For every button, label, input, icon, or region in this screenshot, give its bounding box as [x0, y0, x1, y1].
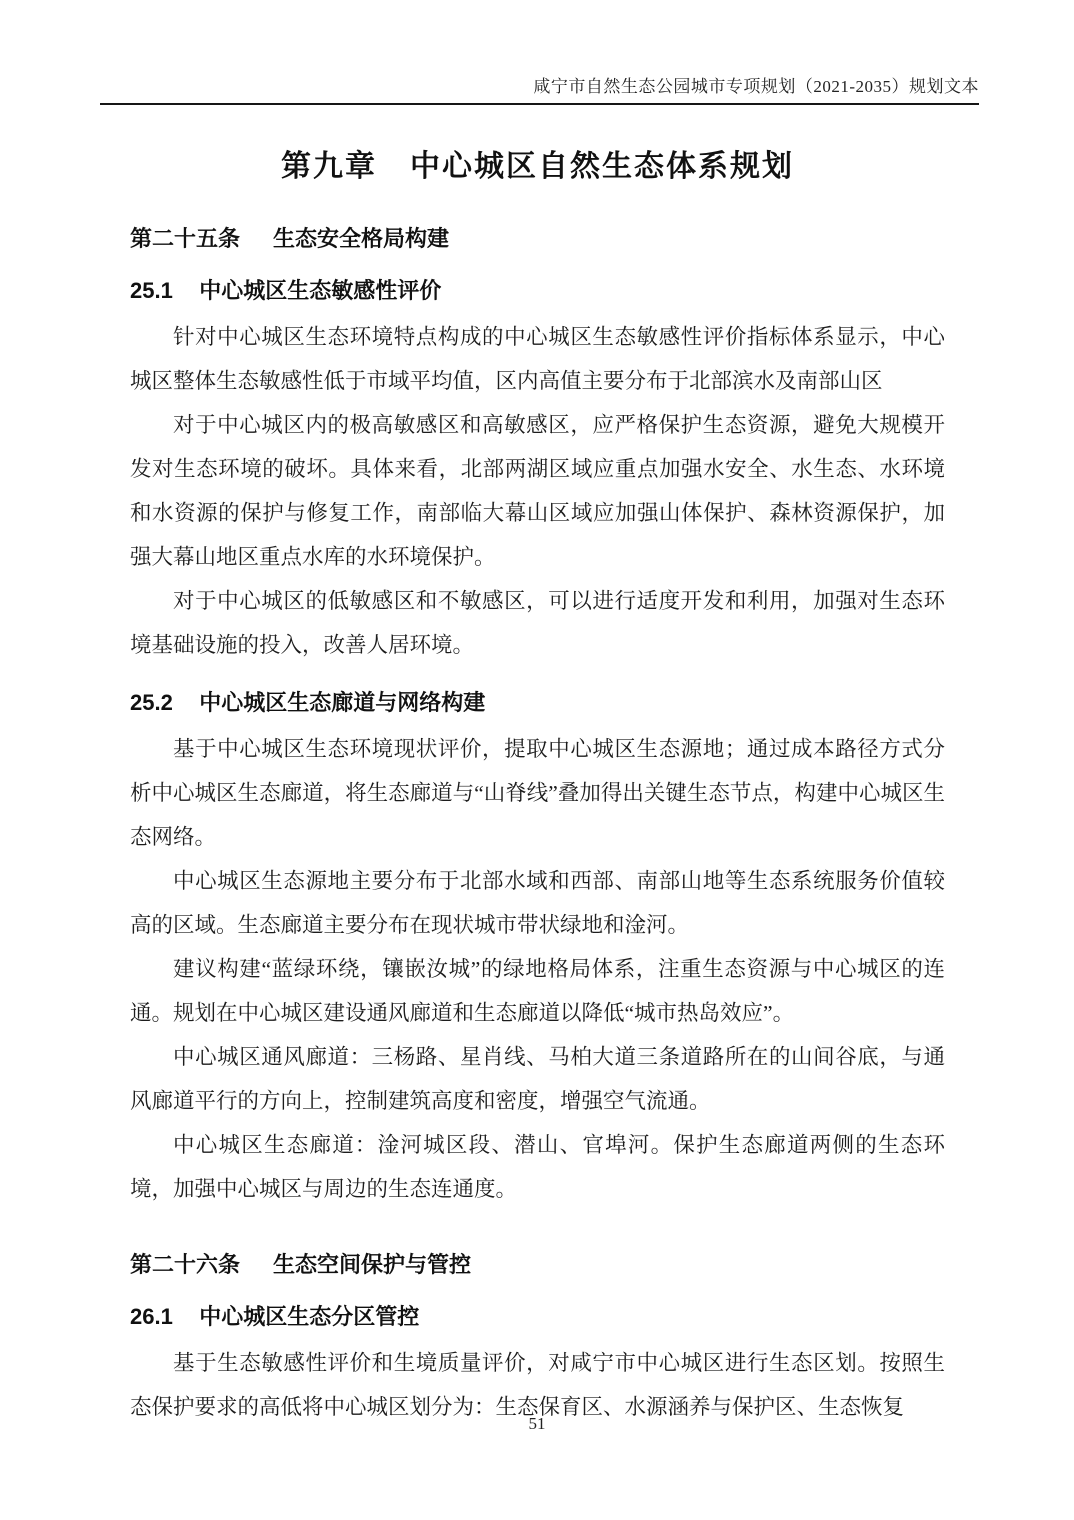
paragraph: 中心城区通风廊道：三杨路、星肖线、马柏大道三条道路所在的山间谷底，与通风廊道平行… — [130, 1035, 945, 1123]
sub-heading-25-1-title: 中心城区生态敏感性评价 — [199, 278, 441, 303]
sub-heading-25-2-title: 中心城区生态廊道与网络构建 — [199, 690, 485, 715]
paragraph: 对于中心城区内的极高敏感区和高敏感区，应严格保护生态资源，避免大规模开发对生态环… — [130, 403, 945, 579]
sub-heading-26-1-number: 26.1 — [130, 1304, 173, 1329]
page-content: 第九章中心城区自然生态体系规划 第二十五条生态安全格局构建 25.1中心城区生态… — [130, 141, 945, 1429]
sub-heading-25-2: 25.2中心城区生态廊道与网络构建 — [130, 687, 945, 719]
article-heading-26: 第二十六条生态空间保护与管控 — [130, 1249, 945, 1281]
running-header: 咸宁市自然生态公园城市专项规划（2021-2035）规划文本 — [100, 0, 979, 105]
page-number: 51 — [0, 1414, 1074, 1434]
paragraph: 针对中心城区生态环境特点构成的中心城区生态敏感性评价指标体系显示，中心城区整体生… — [130, 315, 945, 403]
article-heading-26-number: 第二十六条 — [130, 1252, 240, 1277]
chapter-title: 第九章中心城区自然生态体系规划 — [130, 141, 945, 185]
article-heading-25: 第二十五条生态安全格局构建 — [130, 223, 945, 255]
running-header-text: 咸宁市自然生态公园城市专项规划（2021-2035）规划文本 — [533, 77, 979, 96]
paragraph: 中心城区生态廊道：淦河城区段、潜山、官埠河。保护生态廊道两侧的生态环境，加强中心… — [130, 1123, 945, 1211]
paragraph: 中心城区生态源地主要分布于北部水域和西部、南部山地等生态系统服务价值较高的区域。… — [130, 859, 945, 947]
paragraph: 建议构建“蓝绿环绕，镶嵌汝城”的绿地格局体系，注重生态资源与中心城区的连通。规划… — [130, 947, 945, 1035]
sub-heading-25-1: 25.1中心城区生态敏感性评价 — [130, 275, 945, 307]
sub-heading-26-1-title: 中心城区生态分区管控 — [199, 1304, 419, 1329]
paragraph: 基于中心城区生态环境现状评价，提取中心城区生态源地；通过成本路径方式分析中心城区… — [130, 727, 945, 859]
article-heading-25-title: 生态安全格局构建 — [273, 226, 449, 251]
article-heading-26-title: 生态空间保护与管控 — [273, 1252, 471, 1277]
sub-heading-26-1: 26.1中心城区生态分区管控 — [130, 1301, 945, 1333]
sub-heading-25-2-number: 25.2 — [130, 690, 173, 715]
chapter-name: 中心城区自然生态体系规划 — [410, 150, 794, 183]
article-heading-25-number: 第二十五条 — [130, 226, 240, 251]
chapter-number: 第九章 — [281, 150, 377, 183]
document-page: 咸宁市自然生态公园城市专项规划（2021-2035）规划文本 第九章中心城区自然… — [0, 0, 1074, 1520]
paragraph: 对于中心城区的低敏感区和不敏感区，可以进行适度开发和利用，加强对生态环境基础设施… — [130, 579, 945, 667]
sub-heading-25-1-number: 25.1 — [130, 278, 173, 303]
